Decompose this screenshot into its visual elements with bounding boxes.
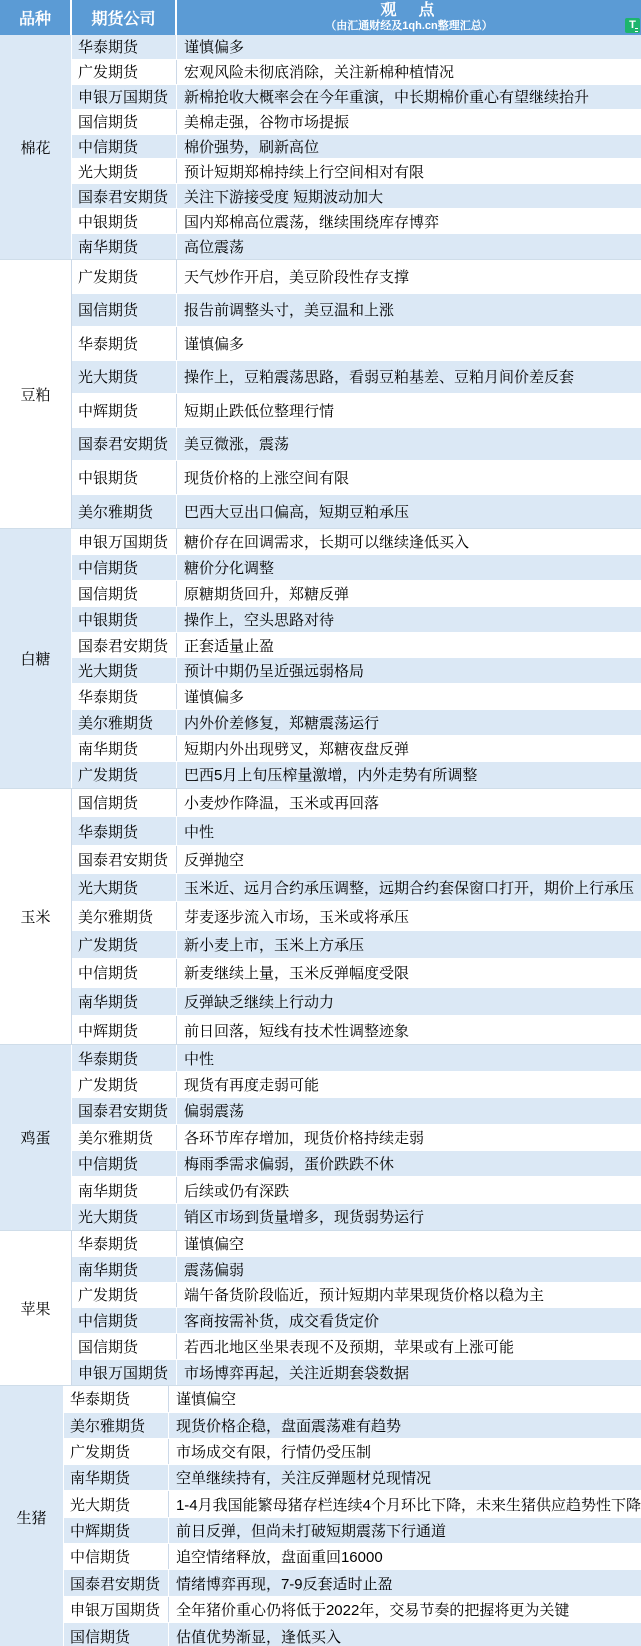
table-row: 国泰君安期货美豆微涨，震荡	[72, 428, 641, 462]
section-rows: 华泰期货谨慎偏空南华期货震荡偏弱广发期货端午备货阶段临近，预计短期内苹果现货价格…	[72, 1231, 641, 1385]
company-cell: 国信期货	[72, 110, 177, 134]
company-cell: 华泰期货	[72, 35, 177, 59]
view-cell: 巴西5月上旬压榨量激增，内外走势有所调整	[177, 762, 641, 788]
view-cell: 预计短期郑棉持续上行空间相对有限	[177, 159, 641, 183]
table-row: 国信期货报告前调整头寸，美豆温和上涨	[72, 294, 641, 328]
section-rows: 国信期货小麦炒作降温，玉米或再回落华泰期货中性国泰君安期货反弹抛空光大期货玉米近…	[72, 789, 641, 1045]
view-cell: 情绪博弈再现，7-9反套适时止盈	[169, 1570, 641, 1595]
view-cell: 追空情绪释放，盘面重回16000	[169, 1544, 641, 1569]
table-row: 南华期货后续或仍有深跌	[72, 1177, 641, 1203]
futures-viewpoints-table: 品种 期货公司 观 点 （由汇通财经及1qh.cn整理汇总） T 棉花华泰期货谨…	[0, 0, 641, 1646]
view-cell: 内外价差修复，郑糖震荡运行	[177, 710, 641, 735]
view-cell: 新棉抢收大概率会在今年重演，中长期棉价重心有望继续抬升	[177, 85, 641, 109]
view-cell: 前日回落，短线有技术性调整迹象	[177, 1016, 641, 1044]
company-cell: 广发期货	[72, 931, 177, 958]
view-cell: 估值优势渐显，逢低买入	[169, 1623, 641, 1646]
table-row: 国泰君安期货情绪博弈再现，7-9反套适时止盈	[64, 1570, 641, 1596]
company-cell: 广发期货	[64, 1439, 169, 1464]
table-row: 广发期货端午备货阶段临近，预计短期内苹果现货价格以稳为主	[72, 1283, 641, 1309]
table-row: 南华期货空单继续持有，关注反弹题材兑现情况	[64, 1465, 641, 1491]
view-cell: 巴西大豆出口偏高，短期豆粕承压	[177, 495, 641, 529]
table-body: 棉花华泰期货谨慎偏多广发期货宏观风险未彻底消除，关注新棉种植情况申银万国期货新棉…	[0, 35, 641, 1646]
section-rows: 华泰期货中性广发期货现货有再度走弱可能国泰君安期货偏弱震荡美尔雅期货各环节库存增…	[72, 1045, 641, 1230]
table-row: 中信期货新麦继续上量，玉米反弹幅度受限	[72, 959, 641, 987]
view-cell: 中性	[177, 1045, 641, 1070]
table-row: 华泰期货谨慎偏多	[72, 35, 641, 60]
table-row: 中银期货现货价格的上涨空间有限	[72, 461, 641, 495]
company-cell: 美尔雅期货	[64, 1413, 169, 1438]
table-row: 中信期货糖价分化调整	[72, 555, 641, 581]
commodity-section: 鸡蛋华泰期货中性广发期货现货有再度走弱可能国泰君安期货偏弱震荡美尔雅期货各环节库…	[0, 1044, 641, 1230]
view-cell: 现货价格的上涨空间有限	[177, 461, 641, 494]
company-cell: 国信期货	[72, 789, 177, 816]
company-cell: 广发期货	[72, 1283, 177, 1308]
section-rows: 广发期货天气炒作开启，美豆阶段性存支撑国信期货报告前调整头寸，美豆温和上涨华泰期…	[72, 260, 641, 528]
company-cell: 国泰君安期货	[72, 184, 177, 208]
company-cell: 南华期货	[64, 1465, 169, 1490]
table-row: 光大期货操作上，豆粕震荡思路，看弱豆粕基差、豆粕月间价差反套	[72, 361, 641, 395]
company-cell: 中辉期货	[72, 394, 177, 427]
company-cell: 国泰君安期货	[72, 846, 177, 873]
company-cell: 申银万国期货	[64, 1597, 169, 1622]
view-cell: 1-4月我国能繁母猪存栏连续4个月环比下降，未来生猪供应趋势性下降	[169, 1491, 641, 1516]
header-variety-label: 品种	[0, 0, 72, 35]
table-row: 华泰期货谨慎偏空	[64, 1386, 641, 1412]
table-row: 国信期货美棉走强，谷物市场提振	[72, 110, 641, 135]
view-cell: 天气炒作开启，美豆阶段性存支撑	[177, 260, 641, 293]
view-cell: 反弹抛空	[177, 846, 641, 873]
company-cell: 中信期货	[72, 1308, 177, 1333]
company-cell: 国信期货	[72, 581, 177, 606]
variety-cell: 棉花	[0, 35, 72, 259]
company-cell: 光大期货	[72, 874, 177, 901]
company-cell: 申银万国期货	[72, 85, 177, 109]
view-cell: 后续或仍有深跌	[177, 1177, 641, 1202]
view-cell: 梅雨季需求偏弱，蛋价跌跌不休	[177, 1151, 641, 1176]
header-company-label: 期货公司	[72, 0, 177, 35]
company-cell: 国泰君安期货	[64, 1570, 169, 1595]
company-cell: 南华期货	[72, 1257, 177, 1282]
view-cell: 市场成交有限，行情仍受压制	[169, 1439, 641, 1464]
view-cell: 高位震荡	[177, 234, 641, 259]
table-row: 国泰君安期货反弹抛空	[72, 846, 641, 874]
company-cell: 国泰君安期货	[72, 633, 177, 658]
company-cell: 中信期货	[72, 555, 177, 580]
green-t-logo-icon: T	[625, 18, 640, 33]
company-cell: 美尔雅期货	[72, 902, 177, 929]
company-cell: 华泰期货	[72, 817, 177, 844]
table-row: 广发期货巴西5月上旬压榨量激增，内外走势有所调整	[72, 762, 641, 788]
company-cell: 广发期货	[72, 60, 177, 84]
variety-cell: 白糖	[0, 529, 72, 788]
table-row: 南华期货短期内外出现劈叉，郑糖夜盘反弹	[72, 736, 641, 762]
table-row: 中信期货梅雨季需求偏弱，蛋价跌跌不休	[72, 1151, 641, 1177]
table-row: 美尔雅期货巴西大豆出口偏高，短期豆粕承压	[72, 495, 641, 529]
company-cell: 光大期货	[72, 1204, 177, 1230]
table-row: 广发期货天气炒作开启，美豆阶段性存支撑	[72, 260, 641, 294]
view-cell: 中性	[177, 817, 641, 844]
company-cell: 中辉期货	[64, 1518, 169, 1543]
table-row: 光大期货1-4月我国能繁母猪存栏连续4个月环比下降，未来生猪供应趋势性下降	[64, 1491, 641, 1517]
company-cell: 申银万国期货	[72, 1360, 177, 1386]
table-row: 申银万国期货全年猪价重心仍将低于2022年，交易节奏的把握将更为关键	[64, 1597, 641, 1623]
table-row: 中信期货追空情绪释放，盘面重回16000	[64, 1544, 641, 1570]
view-cell: 谨慎偏空	[177, 1231, 641, 1256]
table-row: 申银万国期货糖价存在回调需求，长期可以继续逢低买入	[72, 529, 641, 555]
company-cell: 中信期货	[64, 1544, 169, 1569]
company-cell: 中银期货	[72, 461, 177, 494]
variety-cell: 豆粕	[0, 260, 72, 528]
table-header-row: 品种 期货公司 观 点 （由汇通财经及1qh.cn整理汇总） T	[0, 0, 641, 35]
table-row: 国信期货若西北地区坐果表现不及预期，苹果或有上涨可能	[72, 1334, 641, 1360]
view-cell: 谨慎偏多	[177, 35, 641, 59]
view-cell: 新麦继续上量，玉米反弹幅度受限	[177, 959, 641, 986]
table-row: 光大期货预计中期仍呈近强远弱格局	[72, 658, 641, 684]
table-row: 美尔雅期货芽麦逐步流入市场，玉米或将承压	[72, 902, 641, 930]
company-cell: 申银万国期货	[72, 529, 177, 554]
view-cell: 前日反弹，但尚未打破短期震荡下行通道	[169, 1518, 641, 1543]
view-cell: 现货有再度走弱可能	[177, 1072, 641, 1097]
table-row: 广发期货市场成交有限，行情仍受压制	[64, 1439, 641, 1465]
table-row: 中信期货棉价强势，刷新高位	[72, 135, 641, 160]
table-row: 国泰君安期货正套适量止盈	[72, 633, 641, 659]
table-row: 中辉期货前日反弹，但尚未打破短期震荡下行通道	[64, 1518, 641, 1544]
company-cell: 中银期货	[72, 607, 177, 632]
view-cell: 棉价强势，刷新高位	[177, 135, 641, 159]
view-cell: 短期止跌低位整理行情	[177, 394, 641, 427]
company-cell: 美尔雅期货	[72, 710, 177, 735]
company-cell: 广发期货	[72, 1072, 177, 1097]
view-cell: 美豆微涨，震荡	[177, 428, 641, 461]
view-cell: 短期内外出现劈叉，郑糖夜盘反弹	[177, 736, 641, 761]
table-row: 华泰期货谨慎偏多	[72, 327, 641, 361]
view-cell: 反弹缺乏继续上行动力	[177, 988, 641, 1015]
table-row: 广发期货宏观风险未彻底消除，关注新棉种植情况	[72, 60, 641, 85]
table-row: 华泰期货中性	[72, 817, 641, 845]
table-row: 广发期货新小麦上市，玉米上方承压	[72, 931, 641, 959]
table-row: 中银期货操作上，空头思路对待	[72, 607, 641, 633]
company-cell: 国泰君安期货	[72, 428, 177, 461]
company-cell: 华泰期货	[72, 1045, 177, 1070]
header-view-cell: 观 点 （由汇通财经及1qh.cn整理汇总）	[177, 0, 641, 35]
view-cell: 玉米近、远月合约承压调整，远期合约套保窗口打开，期价上行承压	[177, 874, 641, 901]
view-cell: 报告前调整头寸，美豆温和上涨	[177, 294, 641, 327]
company-cell: 中辉期货	[72, 1016, 177, 1044]
table-row: 华泰期货谨慎偏空	[72, 1231, 641, 1257]
table-row: 国泰君安期货偏弱震荡	[72, 1098, 641, 1124]
view-cell: 各环节库存增加，现货价格持续走弱	[177, 1125, 641, 1150]
view-cell: 糖价分化调整	[177, 555, 641, 580]
view-cell: 正套适量止盈	[177, 633, 641, 658]
table-row: 中信期货客商按需补货，成交看货定价	[72, 1308, 641, 1334]
table-row: 光大期货玉米近、远月合约承压调整，远期合约套保窗口打开，期价上行承压	[72, 874, 641, 902]
variety-cell: 鸡蛋	[0, 1045, 72, 1230]
company-cell: 南华期货	[72, 988, 177, 1015]
commodity-section: 棉花华泰期货谨慎偏多广发期货宏观风险未彻底消除，关注新棉种植情况申银万国期货新棉…	[0, 35, 641, 259]
company-cell: 国泰君安期货	[72, 1098, 177, 1123]
table-row: 华泰期货谨慎偏多	[72, 684, 641, 710]
commodity-section: 苹果华泰期货谨慎偏空南华期货震荡偏弱广发期货端午备货阶段临近，预计短期内苹果现货…	[0, 1230, 641, 1385]
section-rows: 华泰期货谨慎偏多广发期货宏观风险未彻底消除，关注新棉种植情况申银万国期货新棉抢收…	[72, 35, 641, 259]
view-cell: 现货价格企稳，盘面震荡难有趋势	[169, 1413, 641, 1438]
company-cell: 中银期货	[72, 209, 177, 233]
view-cell: 国内郑棉高位震荡，继续围绕库存博弈	[177, 209, 641, 233]
table-row: 美尔雅期货现货价格企稳，盘面震荡难有趋势	[64, 1413, 641, 1439]
company-cell: 华泰期货	[72, 1231, 177, 1256]
company-cell: 中信期货	[72, 1151, 177, 1176]
company-cell: 国信期货	[72, 294, 177, 327]
view-cell: 销区市场到货量增多，现货弱势运行	[177, 1204, 641, 1230]
company-cell: 南华期货	[72, 1177, 177, 1202]
section-rows: 华泰期货谨慎偏空美尔雅期货现货价格企稳，盘面震荡难有趋势广发期货市场成交有限，行…	[64, 1386, 641, 1646]
table-row: 国信期货估值优势渐显，逢低买入	[64, 1623, 641, 1646]
header-view-subtitle: （由汇通财经及1qh.cn整理汇总）	[325, 21, 492, 33]
table-row: 中辉期货短期止跌低位整理行情	[72, 394, 641, 428]
view-cell: 谨慎偏空	[169, 1386, 641, 1411]
view-cell: 客商按需补货，成交看货定价	[177, 1308, 641, 1333]
company-cell: 中信期货	[72, 959, 177, 986]
view-cell: 芽麦逐步流入市场，玉米或将承压	[177, 902, 641, 929]
company-cell: 国信期货	[72, 1334, 177, 1359]
company-cell: 光大期货	[72, 159, 177, 183]
table-row: 中辉期货前日回落，短线有技术性调整迹象	[72, 1016, 641, 1044]
view-cell: 新小麦上市，玉米上方承压	[177, 931, 641, 958]
view-cell: 糖价存在回调需求，长期可以继续逢低买入	[177, 529, 641, 554]
company-cell: 南华期货	[72, 736, 177, 761]
company-cell: 华泰期货	[72, 684, 177, 709]
table-row: 国信期货原糖期货回升，郑糖反弹	[72, 581, 641, 607]
company-cell: 国信期货	[64, 1623, 169, 1646]
view-cell: 若西北地区坐果表现不及预期，苹果或有上涨可能	[177, 1334, 641, 1359]
table-row: 美尔雅期货内外价差修复，郑糖震荡运行	[72, 710, 641, 736]
view-cell: 宏观风险未彻底消除，关注新棉种植情况	[177, 60, 641, 84]
company-cell: 广发期货	[72, 762, 177, 788]
view-cell: 端午备货阶段临近，预计短期内苹果现货价格以稳为主	[177, 1283, 641, 1308]
company-cell: 光大期货	[72, 361, 177, 394]
table-row: 申银万国期货市场博弈再起，关注近期套袋数据	[72, 1360, 641, 1386]
company-cell: 南华期货	[72, 234, 177, 259]
table-row: 申银万国期货新棉抢收大概率会在今年重演，中长期棉价重心有望继续抬升	[72, 85, 641, 110]
company-cell: 光大期货	[72, 658, 177, 683]
table-row: 广发期货现货有再度走弱可能	[72, 1072, 641, 1098]
table-row: 南华期货震荡偏弱	[72, 1257, 641, 1283]
table-row: 南华期货反弹缺乏继续上行动力	[72, 988, 641, 1016]
view-cell: 市场博弈再起，关注近期套袋数据	[177, 1360, 641, 1386]
view-cell: 谨慎偏多	[177, 327, 641, 360]
table-row: 南华期货高位震荡	[72, 234, 641, 259]
table-row: 中银期货国内郑棉高位震荡，继续围绕库存博弈	[72, 209, 641, 234]
commodity-section: 白糖申银万国期货糖价存在回调需求，长期可以继续逢低买入中信期货糖价分化调整国信期…	[0, 528, 641, 788]
header-view-label: 观 点	[380, 3, 437, 20]
view-cell: 操作上，空头思路对待	[177, 607, 641, 632]
view-cell: 全年猪价重心仍将低于2022年，交易节奏的把握将更为关键	[169, 1597, 641, 1622]
table-row: 光大期货预计短期郑棉持续上行空间相对有限	[72, 159, 641, 184]
view-cell: 谨慎偏多	[177, 684, 641, 709]
variety-cell: 苹果	[0, 1231, 72, 1385]
table-row: 国信期货小麦炒作降温，玉米或再回落	[72, 789, 641, 817]
table-row: 美尔雅期货各环节库存增加，现货价格持续走弱	[72, 1125, 641, 1151]
view-cell: 空单继续持有，关注反弹题材兑现情况	[169, 1465, 641, 1490]
table-row: 国泰君安期货关注下游接受度 短期波动加大	[72, 184, 641, 209]
commodity-section: 玉米国信期货小麦炒作降温，玉米或再回落华泰期货中性国泰君安期货反弹抛空光大期货玉…	[0, 788, 641, 1045]
table-row: 华泰期货中性	[72, 1045, 641, 1071]
company-cell: 美尔雅期货	[72, 1125, 177, 1150]
commodity-section: 豆粕广发期货天气炒作开启，美豆阶段性存支撑国信期货报告前调整头寸，美豆温和上涨华…	[0, 259, 641, 528]
view-cell: 操作上，豆粕震荡思路，看弱豆粕基差、豆粕月间价差反套	[177, 361, 641, 394]
company-cell: 华泰期货	[72, 327, 177, 360]
view-cell: 原糖期货回升，郑糖反弹	[177, 581, 641, 606]
table-row: 光大期货销区市场到货量增多，现货弱势运行	[72, 1204, 641, 1230]
company-cell: 中信期货	[72, 135, 177, 159]
commodity-section: 生猪华泰期货谨慎偏空美尔雅期货现货价格企稳，盘面震荡难有趋势广发期货市场成交有限…	[0, 1385, 641, 1646]
section-rows: 申银万国期货糖价存在回调需求，长期可以继续逢低买入中信期货糖价分化调整国信期货原…	[72, 529, 641, 788]
view-cell: 小麦炒作降温，玉米或再回落	[177, 789, 641, 816]
view-cell: 预计中期仍呈近强远弱格局	[177, 658, 641, 683]
view-cell: 关注下游接受度 短期波动加大	[177, 184, 641, 208]
company-cell: 光大期货	[64, 1491, 169, 1516]
view-cell: 偏弱震荡	[177, 1098, 641, 1123]
company-cell: 华泰期货	[64, 1386, 169, 1411]
variety-cell: 生猪	[0, 1386, 64, 1646]
view-cell: 美棉走强，谷物市场提振	[177, 110, 641, 134]
view-cell: 震荡偏弱	[177, 1257, 641, 1282]
company-cell: 广发期货	[72, 260, 177, 293]
company-cell: 美尔雅期货	[72, 495, 177, 529]
variety-cell: 玉米	[0, 789, 72, 1045]
